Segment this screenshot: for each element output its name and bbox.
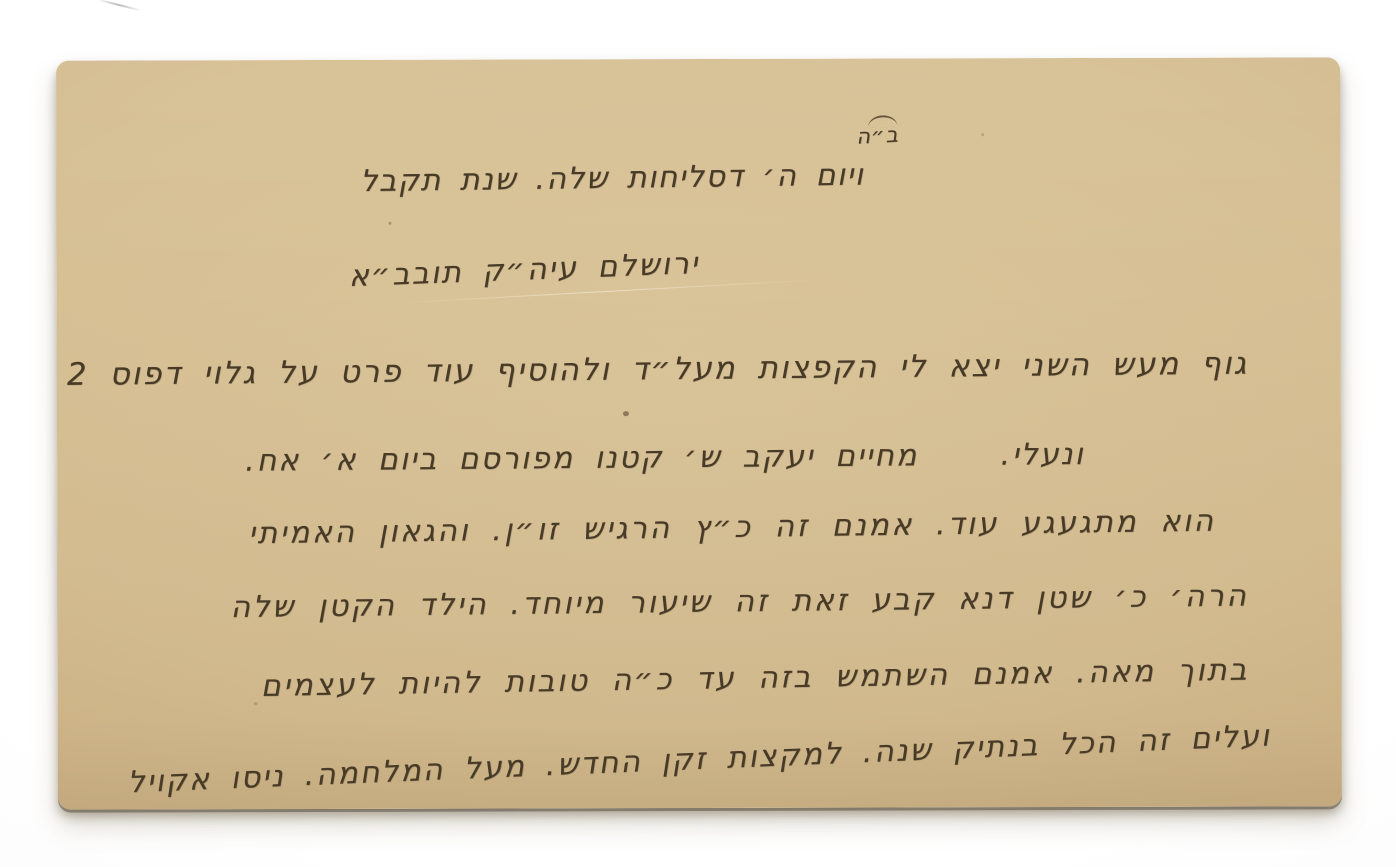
manuscript-line: הרה׳ כ׳ שטן דנא קבע זאת זה שיעור מיוחד. …: [230, 579, 1248, 626]
manuscript-line: ועלים זה הכל בנתיק שנה. למקצות זקן החדש.…: [127, 719, 1272, 801]
paper-blemish: [388, 222, 391, 225]
header-abbreviation-bh: ב״ה: [856, 122, 900, 148]
photo-backdrop: ב״ה ויום ה׳ דסליחות שלה. שנת תקבל ירושלם…: [0, 0, 1396, 867]
manuscript-line-date: ויום ה׳ דסליחות שלה. שנת תקבל: [360, 158, 865, 200]
paper-blemish: [623, 411, 629, 416]
manuscript-line: גוף מעש השני יצא לי הקפצות מעל״ד ולהוסיף…: [66, 346, 1248, 393]
paper-blemish: [254, 702, 258, 705]
manuscript-card: ב״ה ויום ה׳ דסליחות שלה. שנת תקבל ירושלם…: [56, 57, 1342, 809]
paper-blemish: [981, 133, 984, 136]
manuscript-line-place-jerusalem: ירושלם עיה״ק תובב״א: [348, 246, 700, 294]
manuscript-line: הוא מתגעגע עוד. אמנם זה כ״ץ הרגיש זו״ן. …: [248, 504, 1216, 552]
manuscript-line: בתוך מאה. אמנם השתמש בזה עד כ״ה טובות לה…: [260, 653, 1249, 704]
backdrop-scratch-mark: [96, 0, 141, 12]
manuscript-line: ונעלי. מחיים יעקב ש׳ קטנו מפורסם ביום א׳…: [245, 437, 1085, 479]
